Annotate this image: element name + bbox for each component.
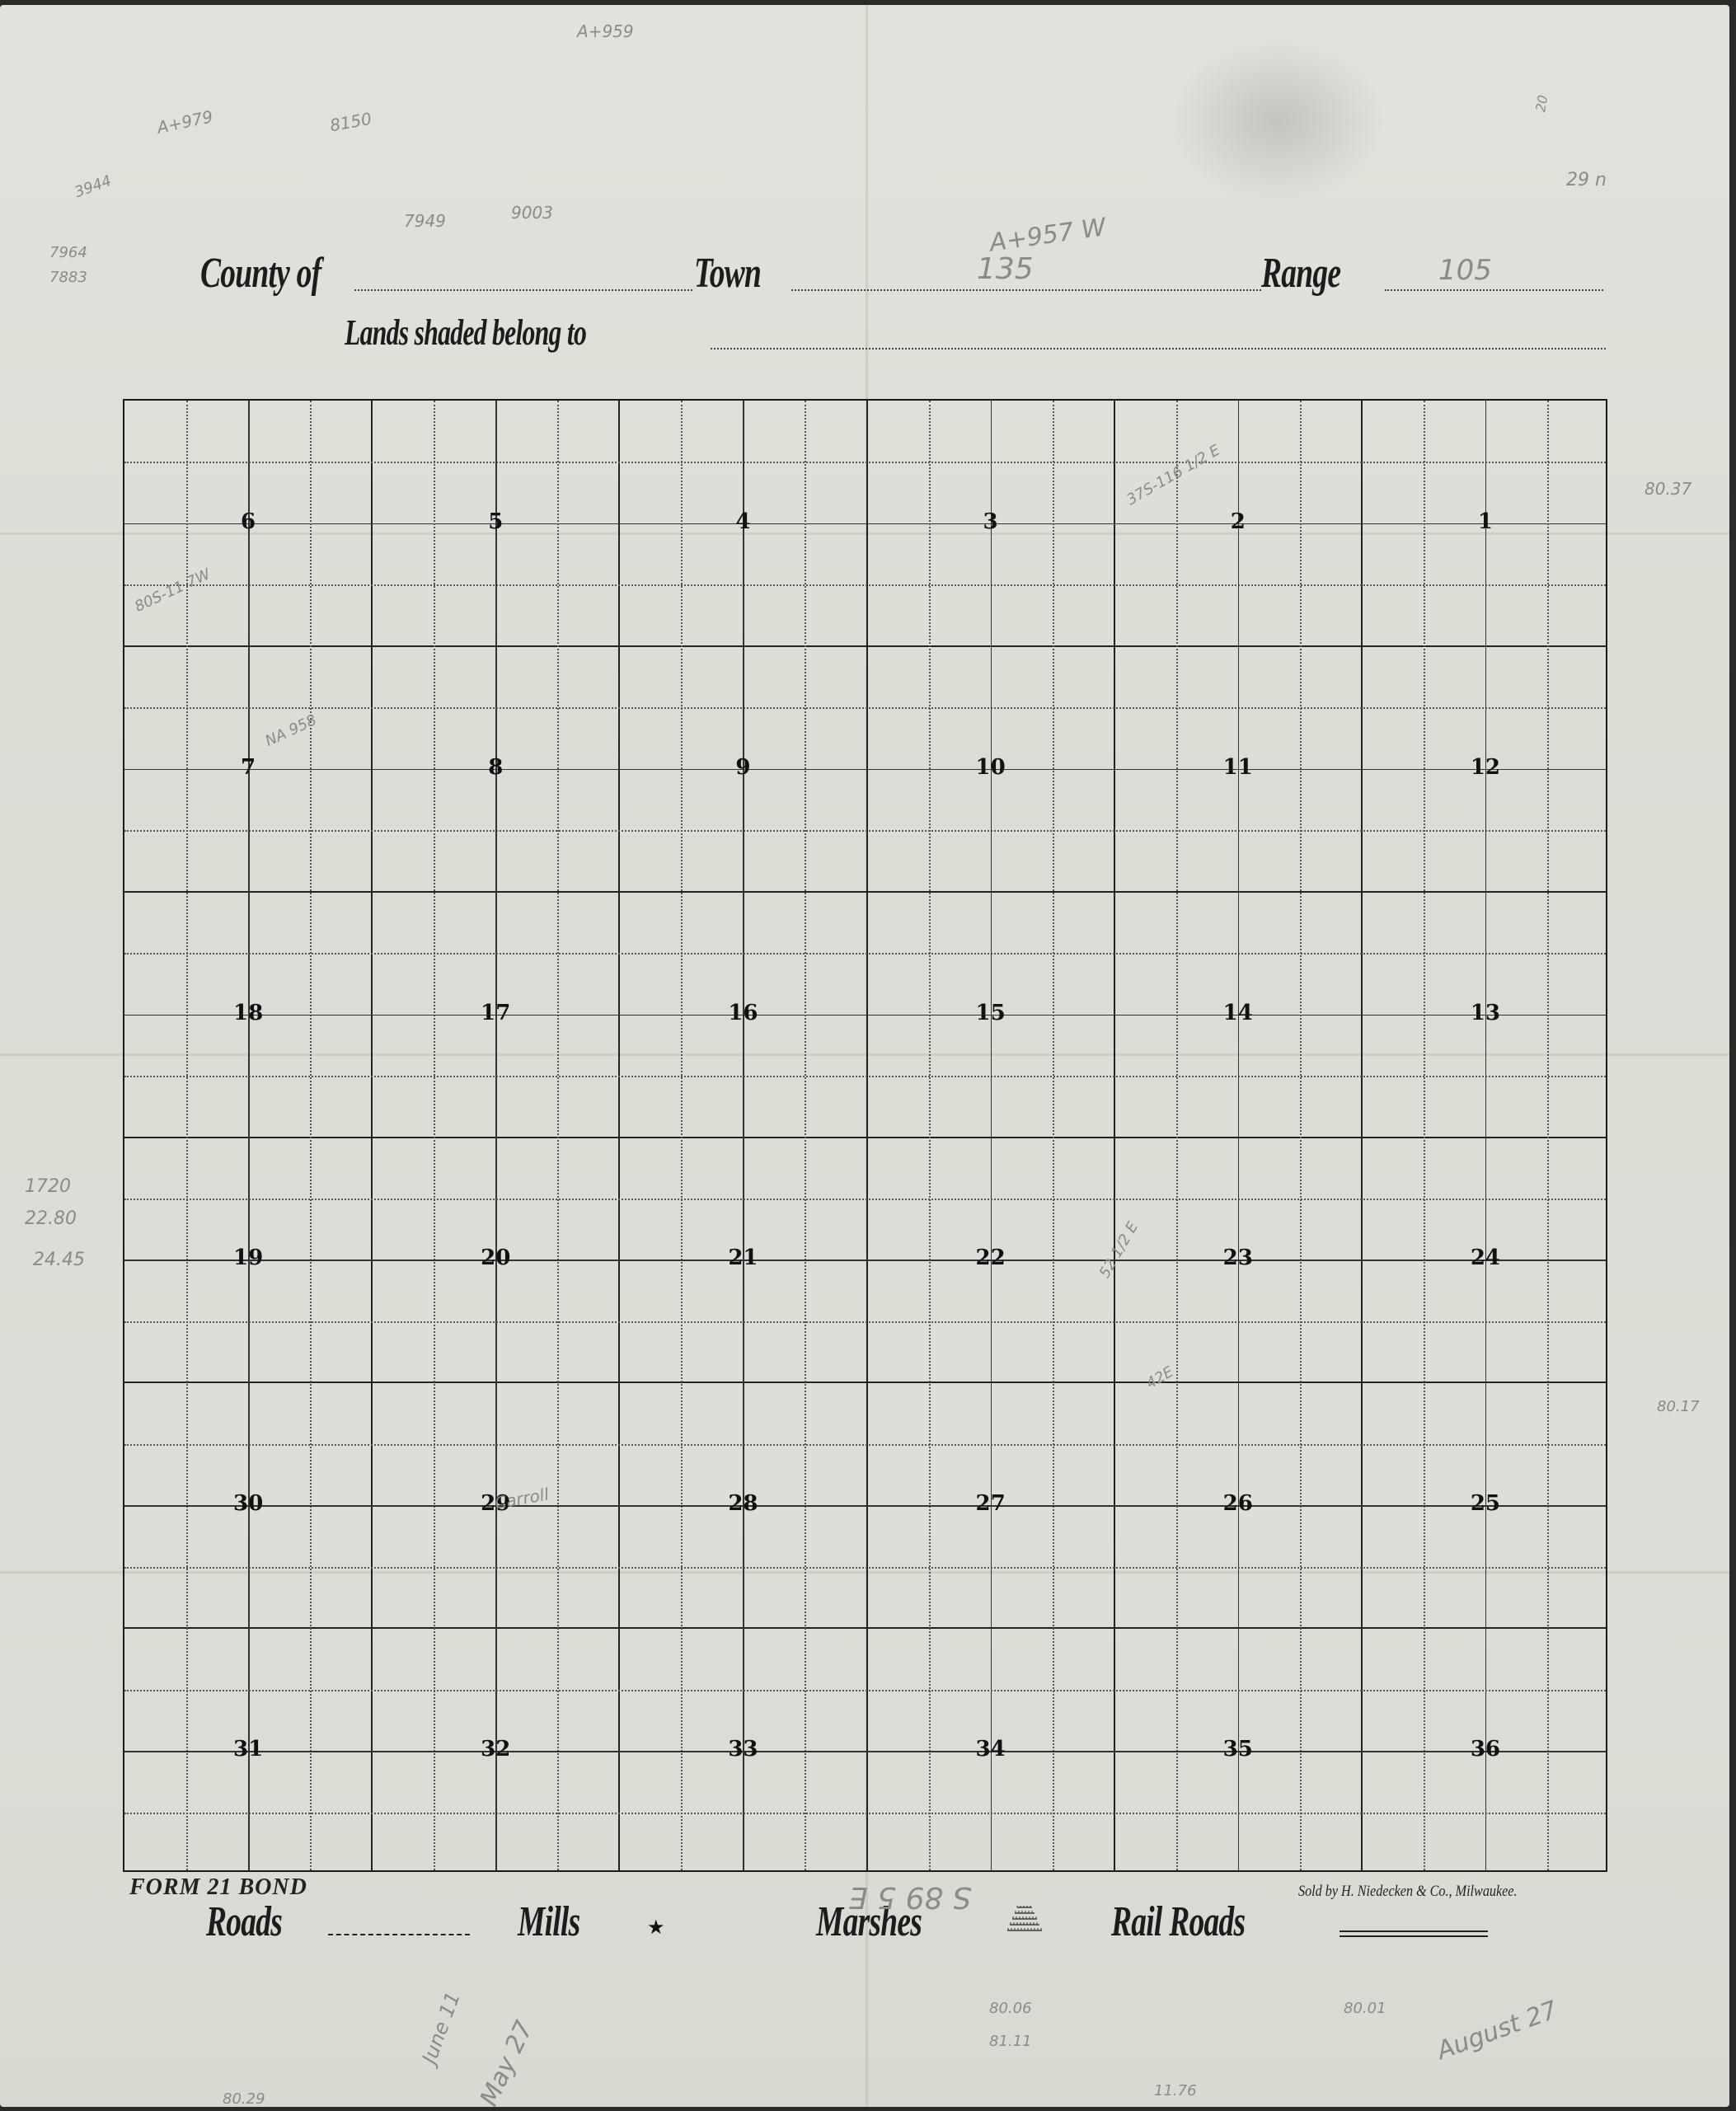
section-number[interactable]: 17 xyxy=(462,1001,528,1025)
pencil-note: 8150 xyxy=(328,109,373,135)
marsh-icon xyxy=(1004,1905,1045,1935)
section-number[interactable]: 8 xyxy=(462,755,528,780)
quarter-section-line xyxy=(929,401,931,1870)
pencil-note: 7949 xyxy=(404,211,446,231)
quarter-section-line xyxy=(557,401,559,1870)
town-label: Town xyxy=(694,249,761,298)
half-section-line xyxy=(124,1505,1606,1507)
half-section-line xyxy=(124,1260,1606,1261)
section-number[interactable]: 7 xyxy=(215,755,281,780)
section-line-vertical xyxy=(866,401,868,1870)
quarter-section-line xyxy=(124,1444,1606,1446)
section-number[interactable]: 28 xyxy=(710,1491,776,1516)
sold-by-text: Sold by H. Niedecken & Co., Milwaukee. xyxy=(1298,1883,1518,1901)
pencil-note: 9003 xyxy=(511,203,553,223)
section-number[interactable]: 20 xyxy=(462,1245,528,1270)
section-number[interactable]: 32 xyxy=(462,1737,528,1762)
plat-sheet: County of Town 135 Range 105 Lands shade… xyxy=(0,5,1729,2107)
section-number[interactable]: 13 xyxy=(1452,1001,1518,1025)
half-section-line xyxy=(991,401,992,1870)
half-section-line xyxy=(124,1751,1606,1752)
quarter-section-line xyxy=(1053,401,1054,1870)
section-number[interactable]: 21 xyxy=(710,1245,776,1270)
quarter-section-line xyxy=(124,707,1606,709)
section-number[interactable]: 31 xyxy=(215,1737,281,1762)
pencil-note: June 11 xyxy=(418,1989,465,2067)
section-number[interactable]: 19 xyxy=(215,1245,281,1270)
section-number[interactable]: 26 xyxy=(1205,1491,1271,1516)
section-number[interactable]: 15 xyxy=(958,1001,1024,1025)
quarter-section-line xyxy=(1547,401,1549,1870)
pencil-note: 20 xyxy=(1532,94,1551,113)
roads-line-symbol xyxy=(328,1934,470,1935)
pencil-note: A+957 W xyxy=(988,213,1108,257)
township-grid: 6543217891011121817161514131920212223243… xyxy=(123,399,1607,1872)
half-section-line xyxy=(124,769,1606,771)
quarter-section-line xyxy=(124,1813,1606,1814)
section-line-vertical xyxy=(1114,401,1115,1870)
pencil-note: 24.45 xyxy=(33,1250,85,1270)
quarter-section-line xyxy=(124,584,1606,586)
pencil-note: May 27 xyxy=(475,2016,539,2110)
legend-roads: Roads xyxy=(206,1898,282,1946)
half-section-line xyxy=(495,401,497,1870)
section-line-vertical xyxy=(371,401,373,1870)
pencil-note: 80.01 xyxy=(1344,2000,1386,2017)
section-number[interactable]: 1 xyxy=(1452,509,1518,534)
lands-field[interactable] xyxy=(711,348,1606,349)
pencil-note: S 89 5 E xyxy=(849,1880,972,1914)
pencil-note: 22.80 xyxy=(25,1208,77,1229)
quarter-section-line xyxy=(124,1076,1606,1077)
section-number[interactable]: 12 xyxy=(1452,755,1518,780)
quarter-section-line xyxy=(124,953,1606,955)
pencil-note: A+959 xyxy=(577,21,634,41)
quarter-section-line xyxy=(1176,401,1178,1870)
quarter-section-line xyxy=(124,462,1606,463)
pencil-note: 3944 xyxy=(73,172,114,201)
half-section-line xyxy=(1485,401,1487,1870)
section-number[interactable]: 16 xyxy=(710,1001,776,1025)
county-label: County of xyxy=(200,249,321,298)
section-number[interactable]: 24 xyxy=(1452,1245,1518,1270)
half-section-line xyxy=(248,401,250,1870)
quarter-section-line xyxy=(124,1321,1606,1323)
section-number[interactable]: 4 xyxy=(710,509,776,534)
mill-star-icon: ★ xyxy=(647,1916,665,1940)
quarter-section-line xyxy=(1424,401,1425,1870)
pencil-note: 29 n xyxy=(1566,170,1607,190)
quarter-section-line xyxy=(124,1690,1606,1691)
section-number[interactable]: 25 xyxy=(1452,1491,1518,1516)
quarter-section-line xyxy=(186,401,188,1870)
half-section-line xyxy=(124,523,1606,525)
section-number[interactable]: 14 xyxy=(1205,1001,1271,1025)
range-field[interactable] xyxy=(1385,289,1603,291)
legend-mills: Mills xyxy=(518,1898,579,1946)
section-number[interactable]: 11 xyxy=(1205,755,1271,780)
quarter-section-line xyxy=(805,401,806,1870)
pencil-note: A+979 xyxy=(155,106,214,138)
section-line-vertical xyxy=(618,401,620,1870)
quarter-section-line xyxy=(310,401,312,1870)
section-line-horizontal xyxy=(124,1382,1606,1383)
half-section-line xyxy=(1238,401,1240,1870)
water-stain xyxy=(1171,38,1385,203)
section-number[interactable]: 3 xyxy=(958,509,1024,534)
pencil-note: August 27 xyxy=(1433,1996,1561,2066)
quarter-section-line xyxy=(1300,401,1302,1870)
town-field[interactable] xyxy=(791,289,1261,291)
legend-rail-roads: Rail Roads xyxy=(1111,1898,1245,1946)
quarter-section-line xyxy=(434,401,435,1870)
range-label: Range xyxy=(1261,249,1340,298)
pencil-note: 81.11 xyxy=(989,2033,1032,2050)
section-number[interactable]: 5 xyxy=(462,509,528,534)
half-section-line xyxy=(124,1015,1606,1016)
pencil-note: 80.37 xyxy=(1645,479,1691,499)
pencil-note: 11.76 xyxy=(1154,2082,1197,2099)
lands-label: Lands shaded belong to xyxy=(345,312,586,354)
range-value: 105 xyxy=(1438,254,1492,287)
section-number[interactable]: 9 xyxy=(710,755,776,780)
pencil-note: 80.17 xyxy=(1657,1398,1700,1415)
half-section-line xyxy=(743,401,744,1870)
pencil-note: 80.06 xyxy=(989,2000,1032,2017)
quarter-section-line xyxy=(124,830,1606,832)
railroad-line-symbol xyxy=(1340,1930,1488,1937)
section-number[interactable]: 35 xyxy=(1205,1737,1271,1762)
section-number[interactable]: 27 xyxy=(958,1491,1024,1516)
section-number[interactable]: 30 xyxy=(215,1491,281,1516)
section-number[interactable]: 23 xyxy=(1205,1245,1271,1270)
section-number[interactable]: 6 xyxy=(215,509,281,534)
section-number[interactable]: 10 xyxy=(958,755,1024,780)
section-line-horizontal xyxy=(124,1627,1606,1629)
section-number[interactable]: 36 xyxy=(1452,1737,1518,1762)
quarter-section-line xyxy=(681,401,683,1870)
county-field[interactable] xyxy=(354,289,692,291)
section-line-horizontal xyxy=(124,891,1606,893)
section-line-vertical xyxy=(1361,401,1363,1870)
quarter-section-line xyxy=(124,1567,1606,1569)
pencil-note: 1720 xyxy=(25,1175,71,1199)
quarter-section-line xyxy=(124,1199,1606,1200)
town-value: 135 xyxy=(977,252,1034,286)
pencil-note: 80.29 xyxy=(223,2090,265,2108)
pencil-note: 7964 xyxy=(49,244,87,261)
section-line-horizontal xyxy=(124,645,1606,647)
section-number[interactable]: 2 xyxy=(1205,509,1271,534)
pencil-note: 7883 xyxy=(49,269,87,286)
section-number[interactable]: 33 xyxy=(710,1737,776,1762)
section-number[interactable]: 34 xyxy=(958,1737,1024,1762)
section-number[interactable]: 18 xyxy=(215,1001,281,1025)
section-number[interactable]: 22 xyxy=(958,1245,1024,1270)
section-line-horizontal xyxy=(124,1137,1606,1138)
